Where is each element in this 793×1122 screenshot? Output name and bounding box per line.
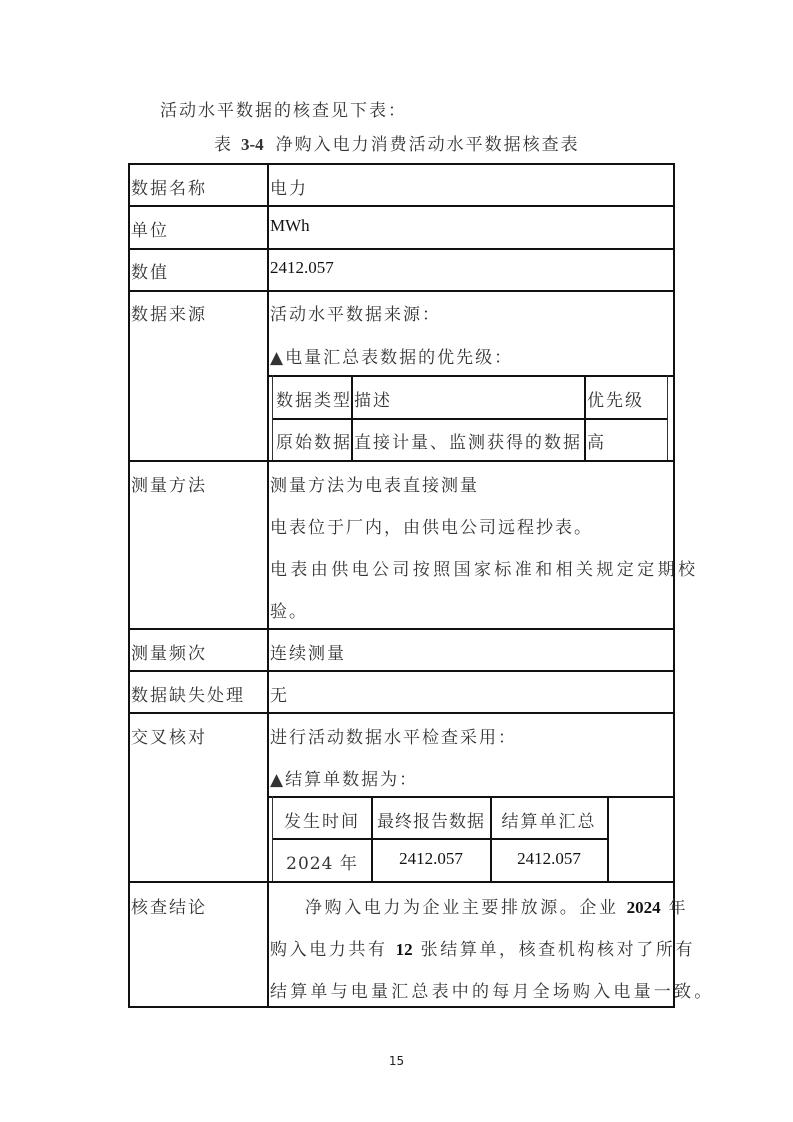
subtable-divider — [273, 418, 668, 420]
row-divider — [128, 248, 675, 250]
row-label: 交叉核对 — [131, 723, 207, 748]
subtable-cell: 2412.057 — [372, 849, 490, 869]
subtable-border — [267, 375, 674, 377]
subtable-header: 优先级 — [587, 386, 644, 411]
row-label: 核查结论 — [131, 893, 207, 918]
row-divider — [128, 205, 675, 207]
row-divider — [128, 881, 675, 883]
table-border — [128, 1006, 675, 1008]
subtable-header: 数据类型 — [276, 386, 352, 411]
subtable-border — [267, 796, 674, 798]
table-border — [128, 163, 675, 165]
caption-prefix: 表 — [214, 135, 233, 155]
row-line: 电表由供电公司按照国家标准和相关规定定期校 — [270, 555, 698, 580]
row-label: 数值 — [131, 258, 169, 283]
caption-title: 净购入电力消费活动水平数据核查表 — [276, 135, 580, 155]
row-label: 数据缺失处理 — [131, 681, 245, 706]
column-divider — [267, 163, 269, 1007]
row-label: 数据来源 — [131, 300, 207, 325]
row-line: 验。 — [270, 597, 308, 622]
row-line: 活动水平数据来源： — [270, 300, 441, 325]
row-label: 数据名称 — [131, 174, 207, 199]
conclusion-line-3: 结算单与电量汇总表中的每月全场购入电量一致。 — [270, 977, 714, 1002]
subtable-cell: 2412.057 — [491, 849, 607, 869]
row-value: 2412.057 — [270, 258, 334, 278]
subtable-border — [667, 375, 668, 460]
page-number: 15 — [0, 1054, 793, 1068]
row-value: 连续测量 — [270, 639, 346, 664]
intro-text: 活动水平数据的核查见下表： — [160, 96, 407, 121]
row-divider — [128, 712, 675, 714]
row-value: MWh — [270, 216, 310, 236]
subtable-header: 发生时间 — [273, 807, 371, 832]
row-line: 进行活动数据水平检查采用： — [270, 723, 517, 748]
row-divider — [128, 670, 675, 672]
subtable-header: 最终报告数据 — [372, 807, 490, 832]
row-value: 无 — [270, 681, 289, 706]
row-line: 电表位于厂内，由供电公司远程抄表。 — [270, 513, 593, 538]
table-border — [128, 163, 130, 1007]
subtable-border — [272, 375, 273, 460]
table-border — [673, 163, 675, 1007]
subtable-cell: 直接计量、监测获得的数据 — [354, 428, 582, 453]
table-caption: 表3-4净购入电力消费活动水平数据核查表 — [214, 130, 580, 155]
conclusion-line-2: 购入电力共有 12 张结算单，核查机构核对了所有 — [270, 935, 695, 960]
row-divider — [128, 290, 675, 292]
row-line: ▲结算单数据为： — [270, 765, 418, 790]
row-label: 测量频次 — [131, 639, 207, 664]
row-value: 电力 — [270, 174, 308, 199]
row-label: 单位 — [131, 216, 169, 241]
subtable-cell: 高 — [587, 428, 606, 453]
conclusion-line-1: 净购入电力为企业主要排放源。企业 2024 年 — [305, 893, 688, 918]
subtable-divider — [584, 375, 586, 460]
row-label: 测量方法 — [131, 471, 207, 496]
row-line: ▲电量汇总表数据的优先级： — [270, 343, 513, 368]
subtable-divider — [273, 838, 607, 840]
subtable-cell: 原始数据 — [276, 428, 352, 453]
row-divider — [128, 460, 675, 462]
subtable-header: 描述 — [354, 386, 392, 411]
subtable-header: 结算单汇总 — [491, 807, 607, 832]
row-divider — [128, 628, 675, 630]
caption-number: 3-4 — [241, 135, 264, 154]
subtable-divider — [607, 796, 609, 881]
row-line: 测量方法为电表直接测量 — [270, 471, 479, 496]
subtable-cell: 2024 年 — [273, 849, 371, 874]
